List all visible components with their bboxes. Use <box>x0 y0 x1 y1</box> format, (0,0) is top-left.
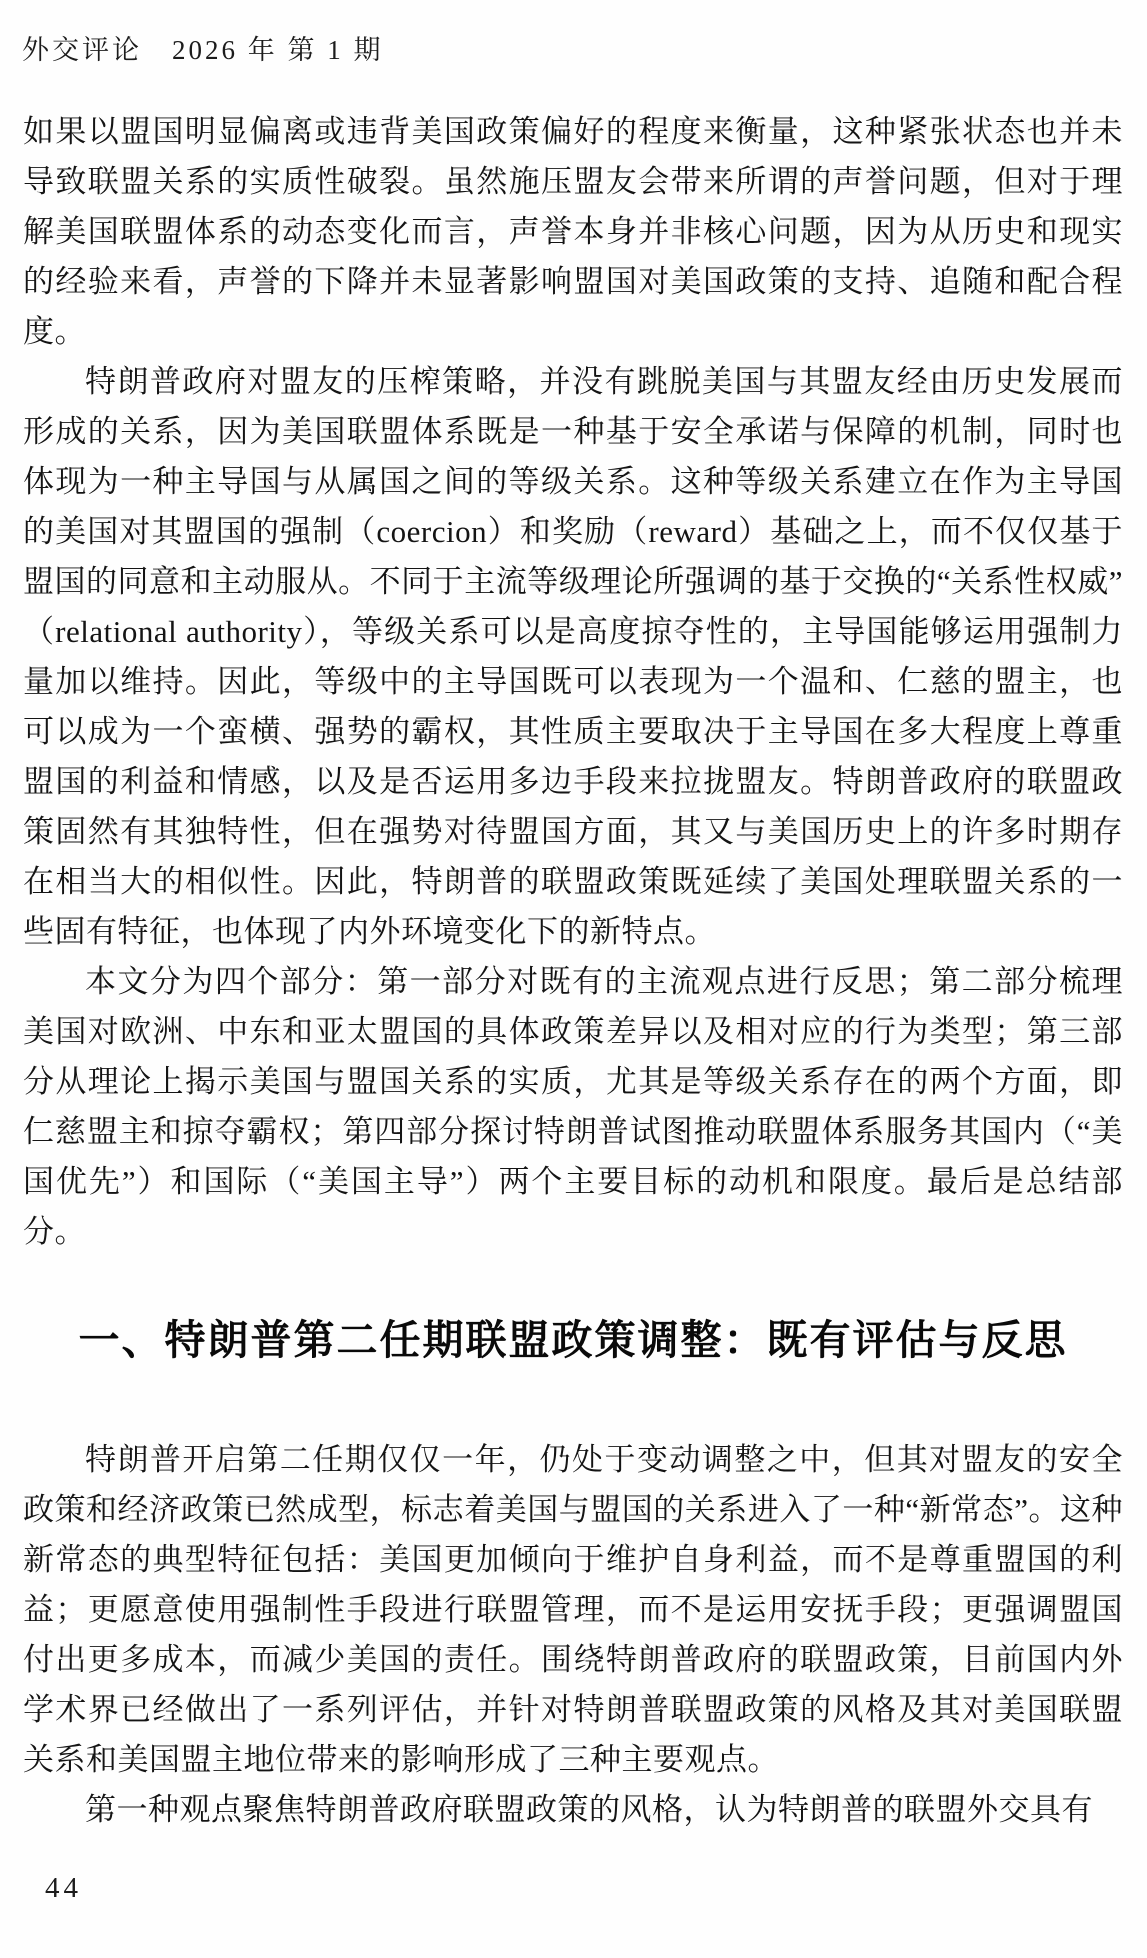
paragraph: 本文分为四个部分：第一部分对既有的主流观点进行反思；第二部分梳理美国对欧洲、中东… <box>23 957 1123 1257</box>
paragraph-cutoff: 第一种观点聚焦特朗普政府联盟政策的风格，认为特朗普的联盟外交具有 <box>23 1785 1123 1835</box>
article-body: 如果以盟国明显偏离或违背美国政策偏好的程度来衡量，这种紧张状态也并未导致联盟关系… <box>23 107 1123 1835</box>
paragraph: 特朗普政府对盟友的压榨策略，并没有跳脱美国与其盟友经由历史发展而形成的关系，因为… <box>23 357 1123 957</box>
paragraph-continuation: 如果以盟国明显偏离或违背美国政策偏好的程度来衡量，这种紧张状态也并未导致联盟关系… <box>23 107 1123 357</box>
page-number: 44 <box>45 1872 82 1905</box>
paragraph: 特朗普开启第二任期仅仅一年，仍处于变动调整之中，但其对盟友的安全政策和经济政策已… <box>23 1435 1123 1785</box>
page-header: 外交评论 2026 年 第 1 期 <box>22 28 384 67</box>
journal-issue-line: 外交评论 2026 年 第 1 期 <box>22 35 384 65</box>
section-heading: 一、特朗普第二任期联盟政策调整：既有评估与反思 <box>23 1312 1123 1368</box>
journal-page: 外交评论 2026 年 第 1 期 如果以盟国明显偏离或违背美国政策偏好的程度来… <box>0 0 1147 1958</box>
